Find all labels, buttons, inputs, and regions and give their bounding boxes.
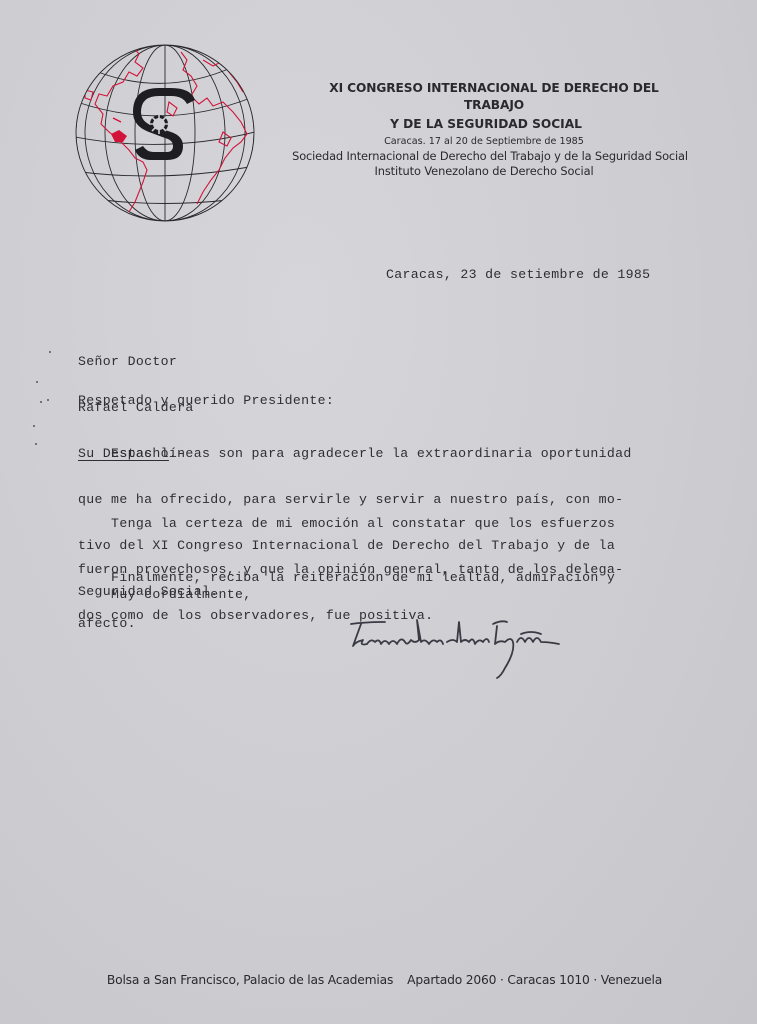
paper-speck	[40, 401, 42, 403]
handwritten-signature-icon	[345, 612, 575, 687]
paper-speck	[49, 351, 51, 353]
organizer-society: Sociedad Internacional de Derecho del Tr…	[290, 149, 690, 164]
paragraph-line: Finalmente, reciba la reiteración de mi …	[78, 570, 615, 586]
paper-speck	[47, 399, 49, 401]
paper-speck	[35, 443, 37, 445]
footer-postal: Apartado 2060 · Caracas 1010 · Venezuela	[407, 973, 662, 987]
organizer-institute: Instituto Venezolano de Derecho Social	[278, 164, 690, 179]
paper-speck	[36, 381, 38, 383]
letterhead: XI CONGRESO INTERNACIONAL DE DERECHO DEL…	[290, 80, 690, 179]
congress-title: XI CONGRESO INTERNACIONAL DE DERECHO DEL…	[298, 80, 690, 114]
footer-address-line: Bolsa a San Francisco, Palacio de las Ac…	[0, 973, 757, 987]
congress-dates: Caracas. 17 al 20 de Septiembre de 1985	[278, 135, 690, 149]
congress-title-line2: Y DE LA SEGURIDAD SOCIAL	[282, 114, 690, 135]
letter-date: Caracas, 23 de setiembre de 1985	[386, 267, 650, 282]
salutation: Respetado y querido Presidente:	[78, 393, 334, 408]
closing: Muy cordialmente,	[78, 587, 252, 602]
footer-address: Bolsa a San Francisco, Palacio de las Ac…	[107, 973, 393, 987]
paragraph-line: Estas líneas son para agradecerle la ext…	[78, 446, 632, 462]
paper-speck	[33, 425, 35, 427]
congress-logo-globe-icon	[73, 42, 257, 224]
paragraph-line: Tenga la certeza de mi emoción al consta…	[78, 516, 623, 532]
recipient-title: Señor Doctor	[78, 354, 194, 370]
